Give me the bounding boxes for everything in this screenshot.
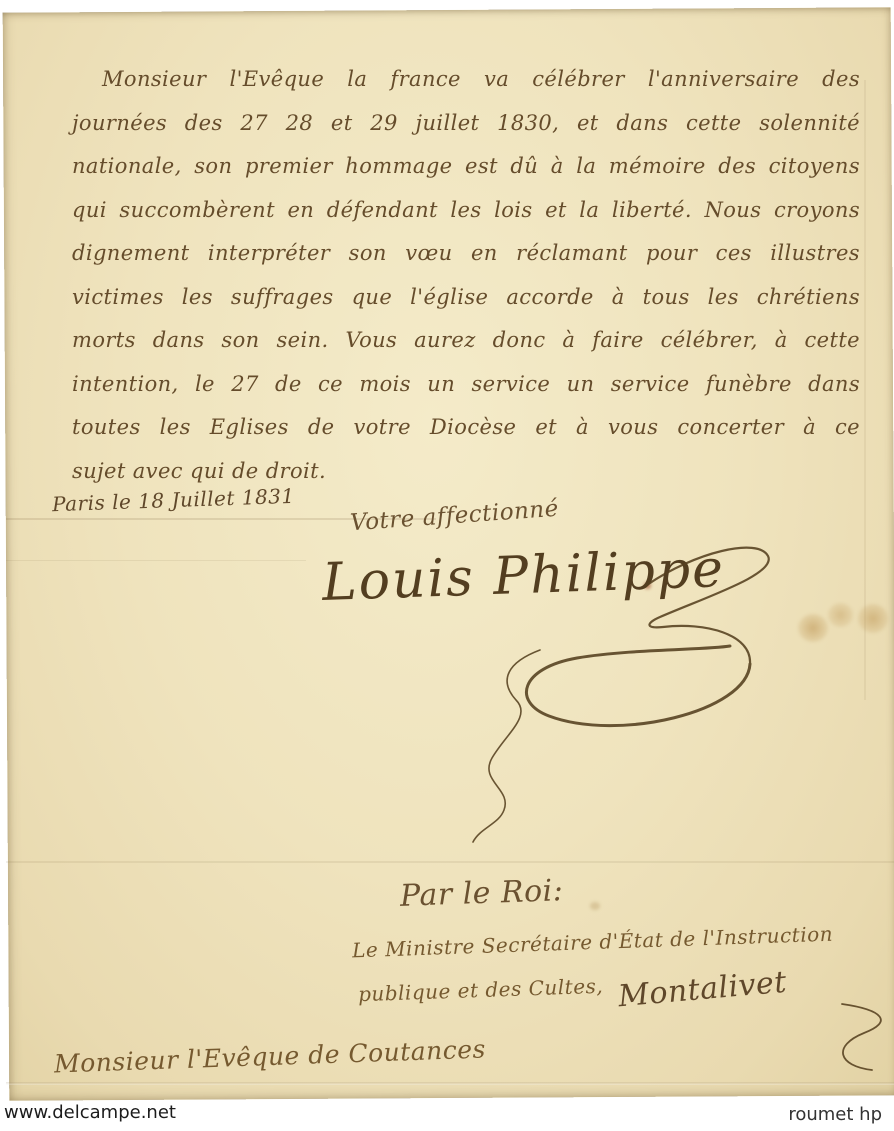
body-line: Monsieur l'Evêque la france va célébrer … — [72, 58, 860, 102]
ink-stain — [858, 604, 888, 633]
watermark-roumet: roumet hp — [788, 1104, 882, 1125]
body-line: intention, le 27 de ce mois un service u… — [72, 363, 860, 407]
ink-spot — [590, 902, 600, 910]
par-le-roi-heading: Par le Roi: — [399, 873, 563, 914]
body-line: journées des 27 28 et 29 juillet 1830, e… — [72, 102, 860, 146]
letter-body: Monsieur l'Evêque la france va célébrer … — [72, 58, 860, 493]
scanned-letter-page: Monsieur l'Evêque la france va célébrer … — [0, 0, 894, 1131]
ink-stain — [798, 614, 828, 642]
ink-stain — [828, 603, 853, 627]
body-line: nationale, son premier hommage est dû à … — [72, 145, 860, 189]
body-line: victimes les suffrages que l'église acco… — [72, 276, 860, 320]
body-line: qui succombèrent en défendant les lois e… — [72, 189, 860, 233]
body-line: toutes les Eglises de votre Diocèse et à… — [72, 406, 860, 450]
body-line: morts dans son sein. Vous aurez donc à f… — [72, 319, 860, 363]
body-line: dignement interpréter son vœu en réclama… — [72, 232, 860, 276]
watermark-delcampe: www.delcampe.net — [4, 1102, 176, 1123]
